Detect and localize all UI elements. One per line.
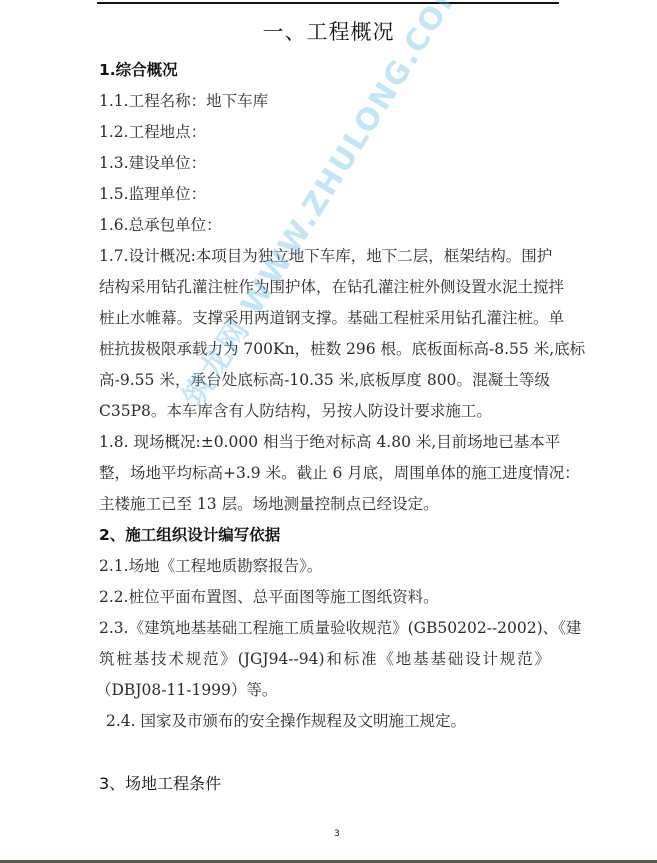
item-1-7-line: 结构采用钻孔灌注桩作为围护体，在钻孔灌注桩外侧设置水泥土搅拌: [99, 277, 550, 297]
item-1-7-line: 高-9.55 米，承台处底标高-10.35 米,底板厚度 800。混凝土等级: [99, 370, 550, 390]
section-heading-3: 3、场地工程条件: [99, 774, 221, 794]
item-1-8-line: 1.8. 现场概况:±0.000 相当于绝对标高 4.80 米,目前场地已基本平: [99, 432, 550, 452]
item-2-2: 2.2.桩位平面布置图、总平面图等施工图纸资料。: [99, 587, 439, 607]
item-1-7-line: 1.7.设计概况:本项目为独立地下车库，地下二层，框架结构。围护: [99, 246, 550, 266]
page-title: 一、工程概况: [0, 16, 657, 46]
section-heading-1: 1.综合概况: [99, 60, 178, 80]
item-1-6: 1.6.总承包单位：: [99, 215, 222, 235]
item-1-7-line: C35P8。本车库含有人防结构，另按人防设计要求施工。: [99, 401, 492, 421]
item-2-3-line: 筑桩基技术规范》(JGJ94--94)和标准《地基基础设计规范》: [99, 649, 550, 669]
item-2-4: 2.4. 国家及市颁布的安全操作规程及文明施工规定。: [106, 711, 466, 731]
page-number: 3: [334, 829, 340, 839]
item-1-8-line: 整，场地平均标高+3.9 米。截止 6 月底，周围单体的施工进度情况：: [99, 463, 550, 483]
item-1-7-line: 桩抗拔极限承载力为 700Kn，桩数 296 根。底板面标高-8.55 米,底标: [99, 339, 550, 359]
item-1-2: 1.2.工程地点：: [99, 122, 206, 142]
item-2-3-line: 2.3.《建筑地基基础工程施工质量验收规范》(GB50202--2002)、《建: [99, 618, 550, 638]
item-1-3: 1.3.建设单位：: [99, 153, 206, 173]
item-1-8-line: 主楼施工已至 13 层。场地测量控制点已经设定。: [99, 494, 439, 514]
header-rule: [97, 2, 559, 4]
item-1-7-line: 桩止水帷幕。支撑采用两道钢支撑。基础工程桩采用钻孔灌注桩。单: [99, 308, 550, 328]
section-heading-2: 2、施工组织设计编写依据: [99, 525, 280, 545]
item-2-3-line: （DBJ08-11-1999）等。: [96, 680, 277, 700]
item-2-1: 2.1.场地《工程地质勘察报告》。: [99, 556, 322, 576]
item-1-1: 1.1.工程名称：地下车库: [99, 91, 268, 111]
item-1-5: 1.5.监理单位：: [99, 184, 206, 204]
